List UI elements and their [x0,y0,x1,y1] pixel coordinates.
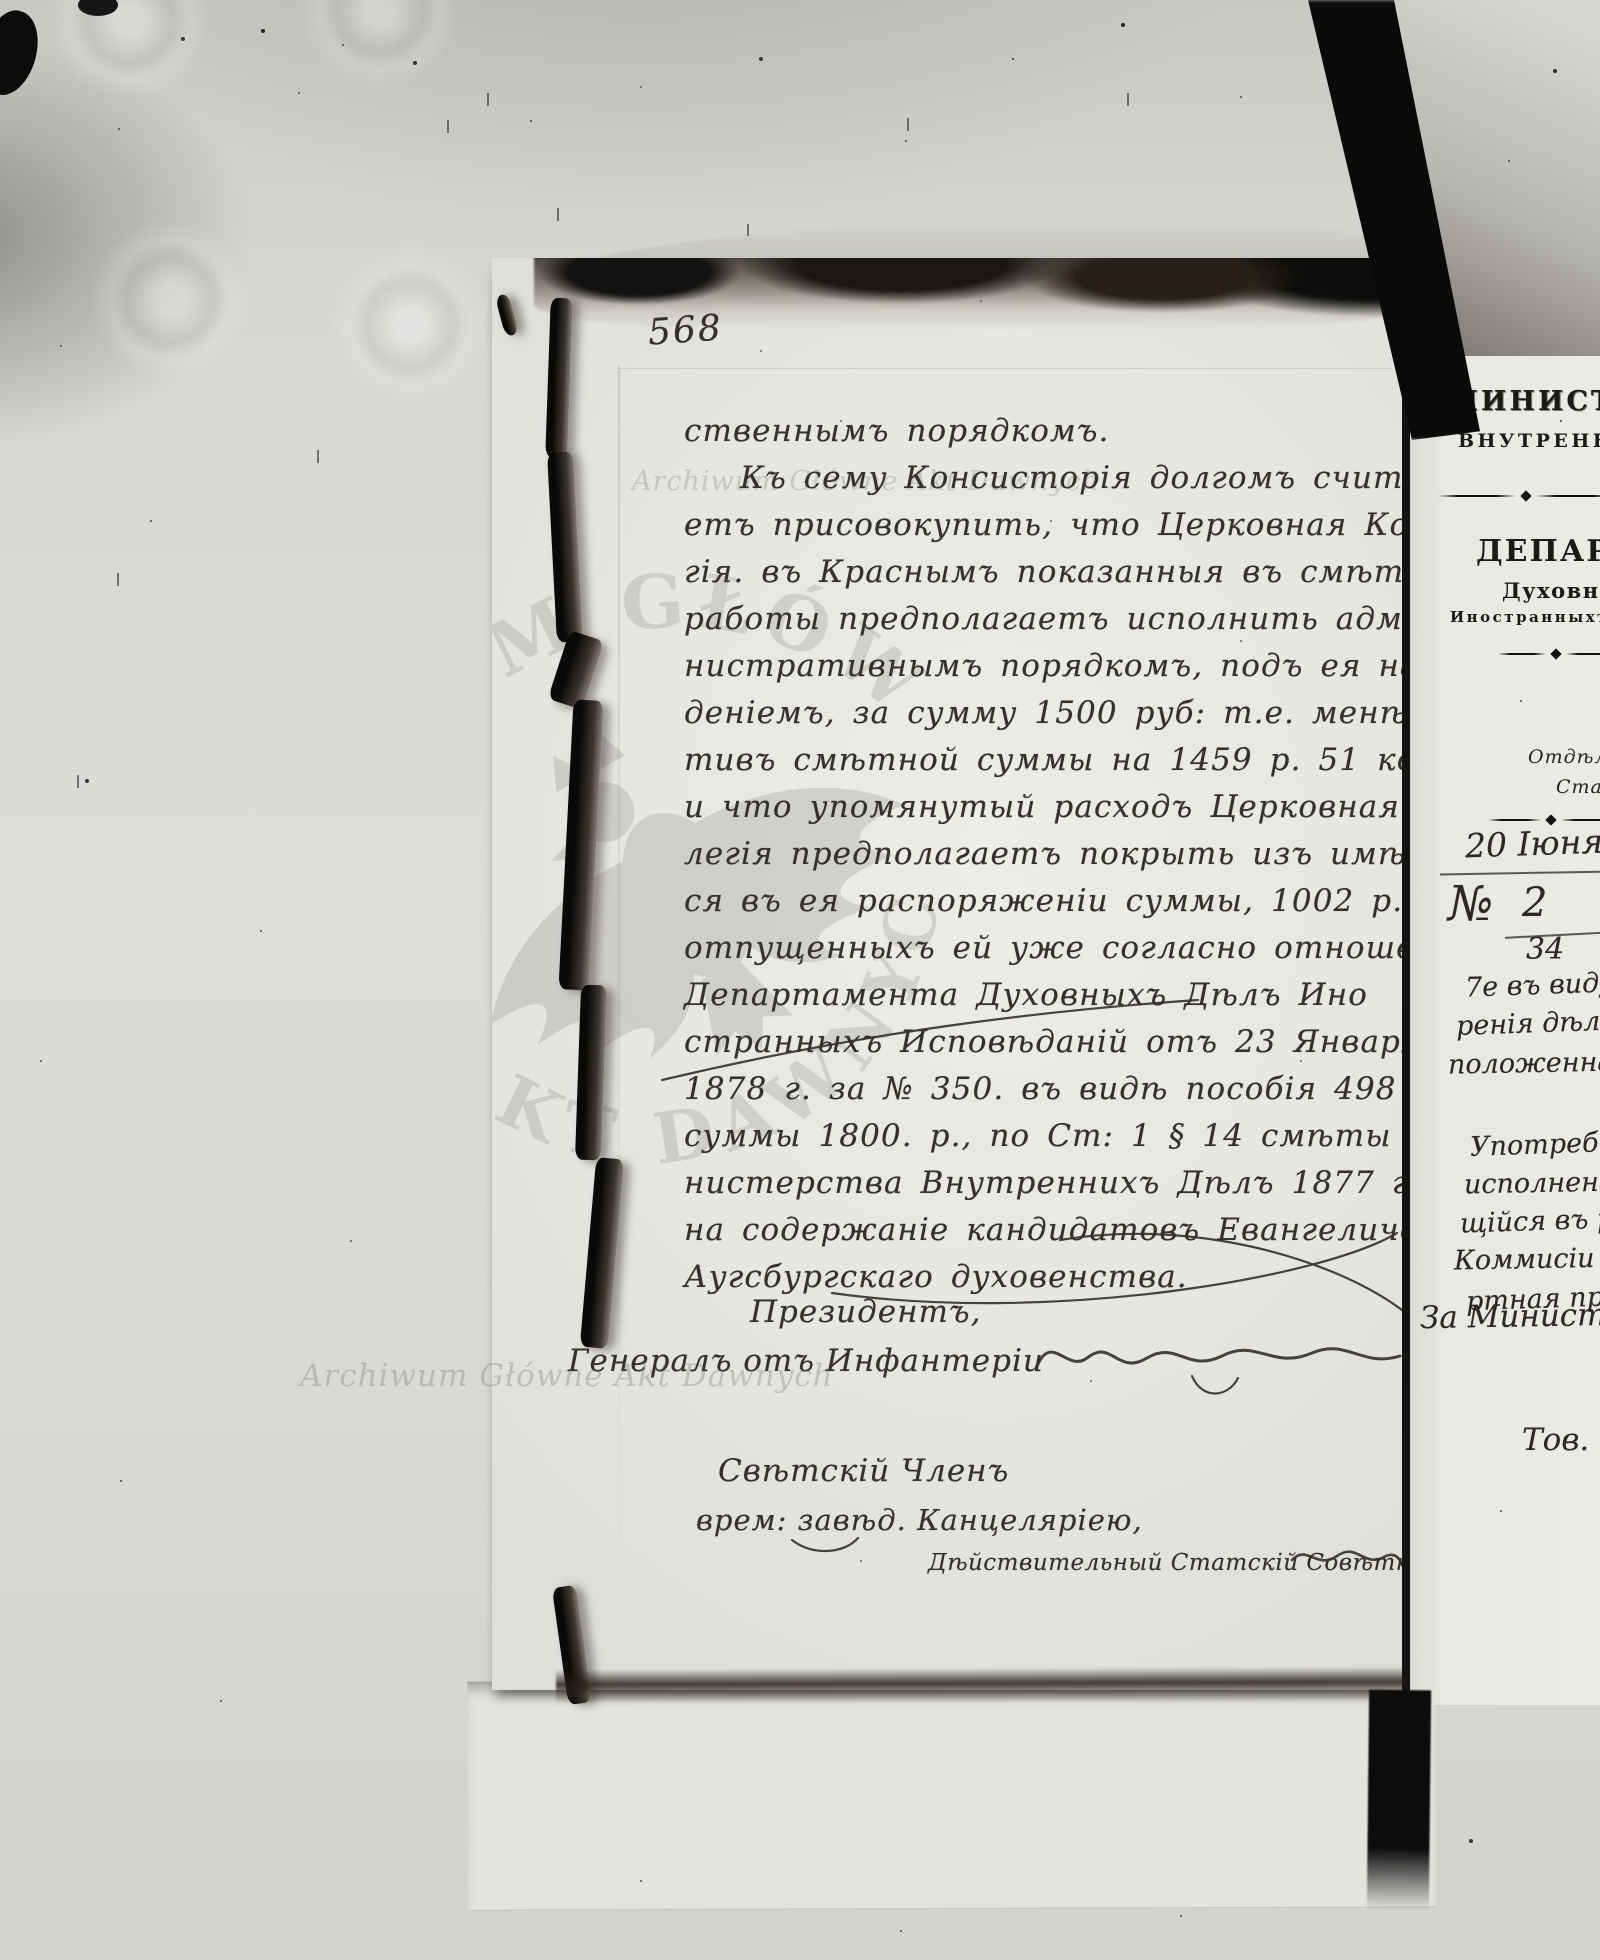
section-label: Отдѣлен [1528,746,1600,768]
manuscript-line: легія предполагаетъ покрыть изъ имѣющ [684,831,1404,878]
minister-signature-line: За Министра К [1420,1296,1600,1337]
manuscript-line: отпущенныхъ ей уже согласно отношенію [684,925,1404,972]
film-scratch [117,573,119,586]
divider-ornament [1438,492,1600,500]
wall-damask-medallion [40,0,220,110]
department-line3: Иностранныхъ Ис [1450,608,1600,626]
divider-rule [1488,819,1541,821]
underlying-sheet [468,1678,1437,1910]
manuscript-line: тивъ смѣтной суммы на 1459 р. 51 коп:, [684,737,1404,784]
note-line: положенная [1448,1046,1600,1080]
desk-label: Ста [1556,776,1600,798]
manuscript-line: Департамента Духовныхъ Дѣлъ Ино [684,972,1404,1019]
divider-rule [1566,653,1600,655]
counselor-title: Дѣйствительный Статскій Совѣтникъ [928,1550,1404,1576]
film-scratch [317,450,319,463]
number-value-top: 2 [1522,880,1547,926]
note-line: Употребитъ М [1470,1124,1600,1163]
manuscript-line: и что упомянутый расходъ Церковная Кол [684,784,1404,831]
manuscript-line: Къ сему Консисторія долгомъ счита [684,455,1404,502]
page-bottom-shadow [556,1666,1416,1703]
page-fold-line [618,366,620,1646]
wall-damask-medallion [290,0,470,100]
manuscript-line: работы предполагаетъ исполнить адми= [684,596,1404,643]
divider-rule [1438,495,1516,497]
film-scratch [1127,93,1129,106]
manuscript-line: 1878 г. за № 350. въ видѣ пособія 498 ру… [684,1066,1404,1113]
film-scratch [447,120,449,133]
divider-diamond [1550,648,1561,659]
manuscript-page: ARCHIWUM GŁÓWNE AKT DAWNYCH Archiwum Głó… [492,258,1404,1690]
president-signature [1037,1349,1400,1366]
president-title: Президентъ, [750,1294,981,1330]
chancery-line: врем: завѣд. Канцеляріею, [696,1503,1143,1537]
page-number: 568 [647,307,724,353]
printed-line [1440,871,1600,876]
manuscript-line: нистративнымъ порядкомъ, подъ ея наблю [684,643,1404,690]
manuscript-line: суммы 1800. р., по Ст: 1 § 14 смѣты Ми [684,1113,1404,1160]
wall-damask-medallion [80,210,260,390]
note-line: 7е въ виду [1465,967,1600,1003]
archive-watermark-text: Archiwum Główne Akt Dawnych [300,1358,834,1394]
manuscript-line: етъ присовокупить, что Церковная Колле [684,502,1404,549]
film-scratch [77,775,79,788]
film-scratch [907,118,909,131]
note-line: Коммисіи ч [1454,1243,1600,1277]
wall-damask-medallion [320,235,500,415]
speck-texture [0,0,2,2]
date-handwritten: 20 Іюня [1464,822,1600,866]
ministry-header-line2: ВНУТРЕННИХЪ [1458,430,1600,452]
note-line: исполнена [1464,1167,1600,1201]
binding-shadow-band [1367,1690,1431,1911]
film-scratch [487,93,489,106]
manuscript-line: странныхъ Исповѣданій отъ 23 Января [684,1019,1404,1066]
number-value-bottom: 34 [1526,932,1564,967]
divider-rule [1498,653,1546,655]
deputy-line: Тов. [1522,1422,1589,1458]
manuscript-line: ся въ ея распоряженіи суммы, 1002 р. и и… [684,878,1404,925]
printed-document-page: МИНИСТЕ ВНУТРЕННИХЪ ДЕПАРТАМ Духовныхъ Д… [1402,356,1600,1705]
divider-rule [1536,495,1600,497]
manuscript-text-block: ственнымъ порядкомъ. Къ сему Консисторія… [684,408,1404,1301]
manuscript-line: деніемъ, за сумму 1500 руб: т.е. менѣе п… [684,690,1404,737]
faint-edge-line [618,368,1392,369]
president-signature-loop [1192,1376,1238,1394]
number-sign: № [1448,876,1493,932]
manuscript-line: гія. въ Краснымъ показанныя въ смѣтѣ [684,549,1404,596]
department-line2: Духовныхъ Д [1502,578,1600,603]
note-line: щійся въ р [1460,1203,1600,1239]
note-line: ренія дѣлъ, [1456,1005,1600,1042]
divider-diamond [1520,490,1531,501]
divider-rule [1561,819,1600,821]
department-header: ДЕПАРТАМ [1476,534,1600,569]
divider-ornament [1498,650,1600,658]
manuscript-line: ственнымъ порядкомъ. [684,408,1404,455]
manuscript-line: нистерства Внутреннихъ Дѣлъ 1877 г., [684,1160,1404,1207]
secular-member-line: Свѣтскій Членъ [718,1453,1009,1489]
film-scratch [557,208,559,221]
archival-photo-canvas: { "archive": { "watermark_text": "Archiw… [0,0,1600,1960]
manuscript-line: на содержаніе кандидатовъ Евангелическо [684,1207,1404,1254]
chancery-flourish [792,1538,858,1551]
